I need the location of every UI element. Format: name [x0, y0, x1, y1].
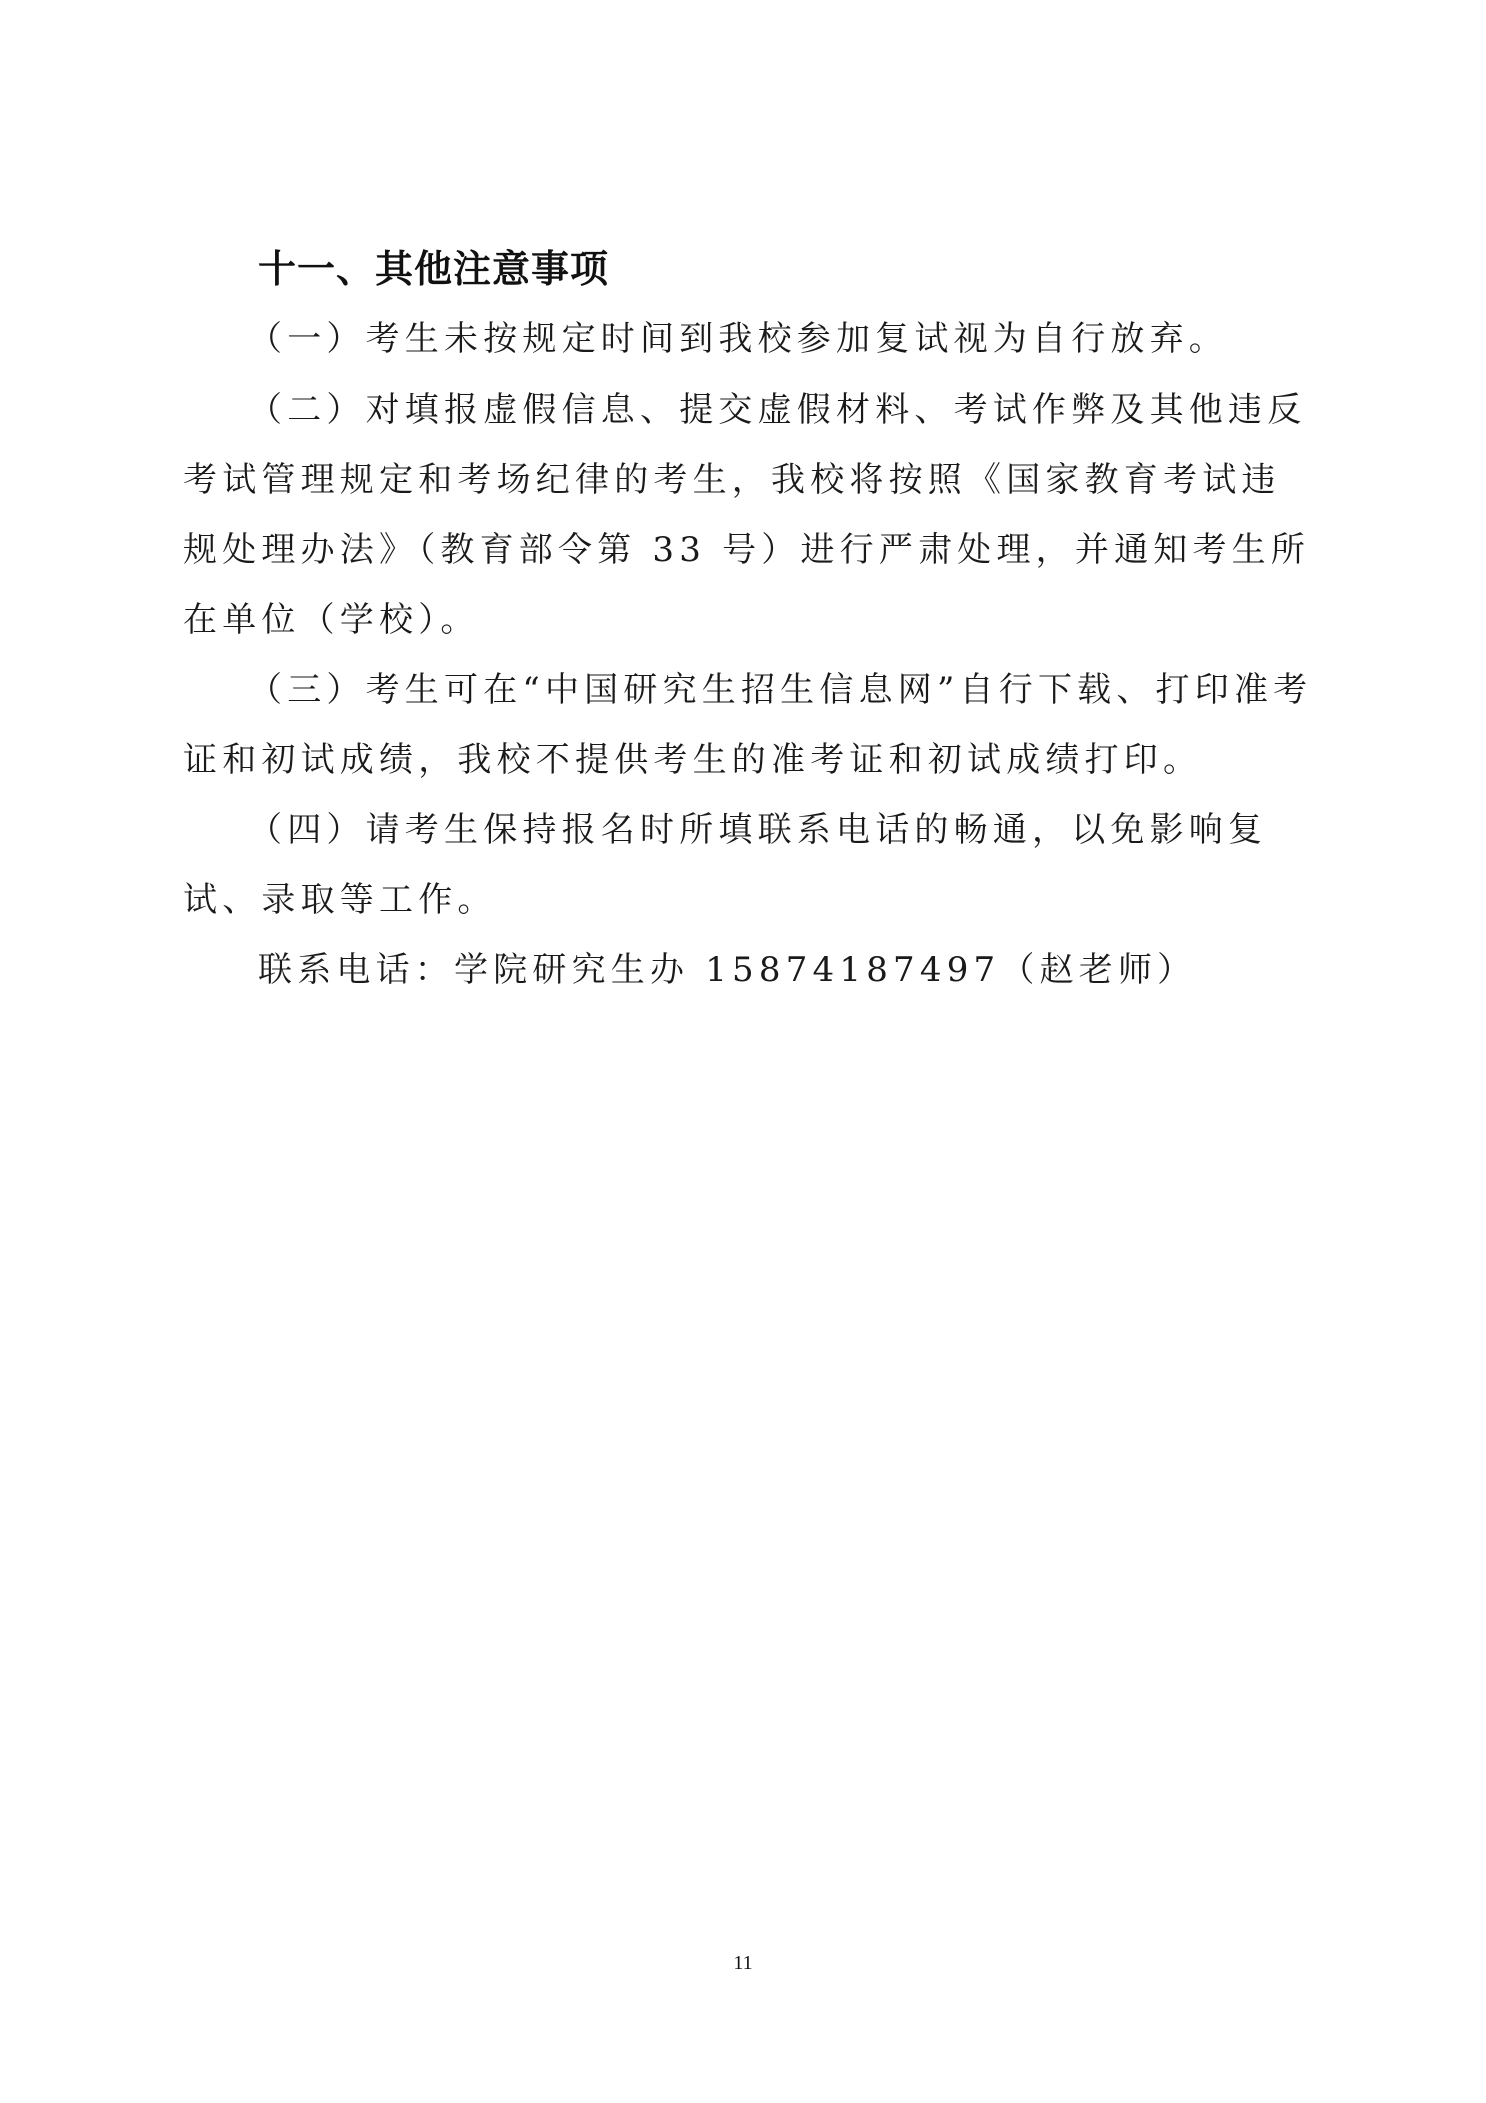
- paragraph-3-line-2: 证和初试成绩，我校不提供考生的准考证和初试成绩打印。: [183, 732, 1202, 781]
- paragraph-1-line-1: （一）考生未按规定时间到我校参加复试视为自行放弃。: [248, 311, 1228, 360]
- page-number: 11: [0, 1952, 1486, 1975]
- contact-line: 联系电话：学院研究生办 15874187497（赵老师）: [258, 942, 1196, 991]
- paragraph-2-line-3: 规处理办法》（教育部令第 33 号）进行严肃处理，并通知考生所: [183, 522, 1310, 571]
- paragraph-2-line-2: 考试管理规定和考场纪律的考生，我校将按照《国家教育考试违: [183, 452, 1281, 501]
- paragraph-4-line-2: 试、录取等工作。: [183, 872, 497, 921]
- document-page: 十一、其他注意事项 （一）考生未按规定时间到我校参加复试视为自行放弃。 （二）对…: [0, 0, 1486, 2103]
- paragraph-3-line-1: （三）考生可在“中国研究生招生信息网”自行下载、打印准考: [248, 662, 1312, 711]
- paragraph-4-line-1: （四）请考生保持报名时所填联系电话的畅通，以免影响复: [248, 802, 1267, 851]
- section-heading: 十一、其他注意事项: [258, 238, 609, 293]
- paragraph-2-line-1: （二）对填报虚假信息、提交虚假材料、考试作弊及其他违反: [248, 382, 1306, 431]
- paragraph-2-line-4: 在单位（学校）。: [183, 592, 480, 641]
